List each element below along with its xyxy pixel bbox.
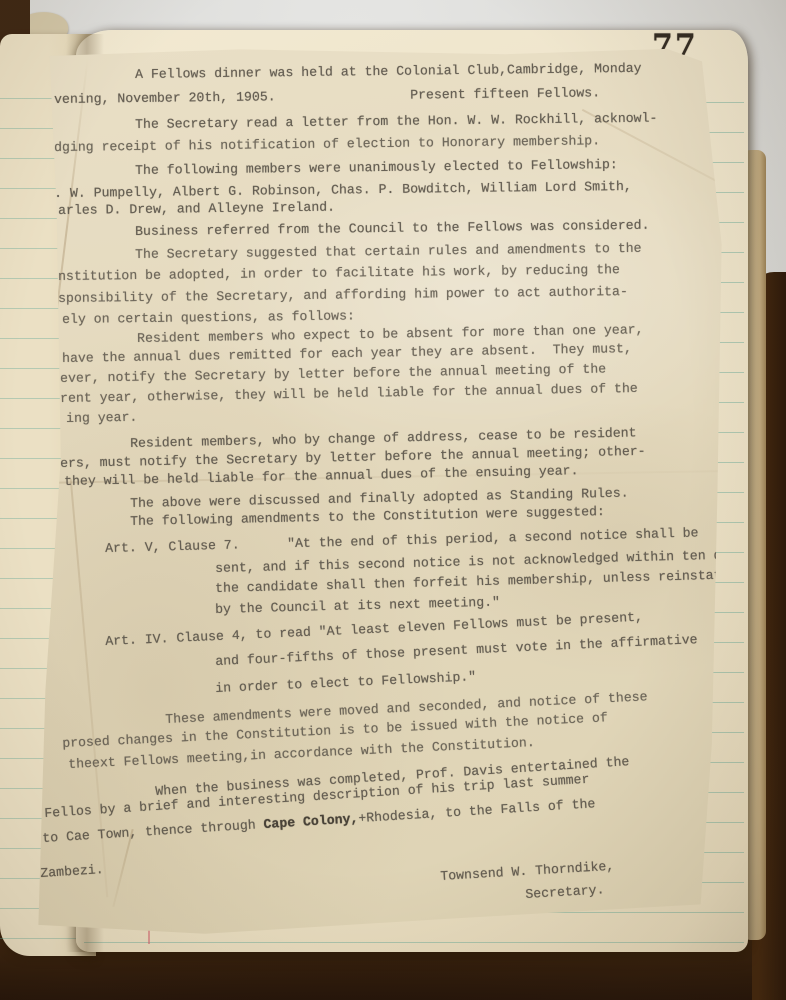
typed-line: ely on certain questions, as follows: bbox=[62, 309, 355, 326]
typed-line: in order to elect to Fellowship." bbox=[215, 670, 476, 695]
signature-name: Townsend W. Thorndike, bbox=[440, 860, 615, 884]
typed-line: A Fellows dinner was held at the Colonia… bbox=[135, 62, 642, 81]
typed-line: sponsibility of the Secretary, and affor… bbox=[58, 285, 628, 305]
typed-line: The Secretary suggested that certain rul… bbox=[135, 242, 642, 261]
typed-line: ever, notify the Secretary by letter bef… bbox=[60, 362, 606, 385]
typed-line: Business referred from the Council to th… bbox=[135, 219, 650, 238]
typed-line-zambezi: Zambezi. bbox=[40, 863, 104, 880]
typed-line: . W. Pumpelly, Albert G. Robinson, Chas.… bbox=[54, 180, 632, 200]
cape-line-pre: to Cae Town, thence through bbox=[42, 817, 264, 846]
cape-colony-bold: Cape Colony, bbox=[263, 811, 359, 832]
typed-line: The Secretary read a letter from the Hon… bbox=[135, 112, 657, 132]
pasted-typed-sheet: A Fellows dinner was held at the Colonia… bbox=[30, 48, 730, 940]
typed-line: arles D. Drew, and Alleyne Ireland. bbox=[58, 201, 335, 218]
typed-line: nstitution be adopted, in order to facil… bbox=[58, 263, 620, 283]
signature-title: Secretary. bbox=[525, 883, 605, 901]
typed-line: The following members were unanimously e… bbox=[135, 158, 618, 177]
typed-line: by the Council at its next meeting." bbox=[215, 596, 500, 617]
typed-line: vening, November 20th, 1905. Present fif… bbox=[54, 86, 600, 106]
photo-of-ledger-page: 77 A Fellows dinner was held at the Colo… bbox=[0, 0, 786, 1000]
typed-line: ing year. bbox=[66, 411, 137, 425]
typed-line: dging receipt of his notification of ele… bbox=[54, 134, 600, 154]
typed-line: rent year, otherwise, they will be held … bbox=[60, 382, 638, 405]
cape-line-post: +Rhodesia, to the Falls of the bbox=[358, 796, 596, 826]
